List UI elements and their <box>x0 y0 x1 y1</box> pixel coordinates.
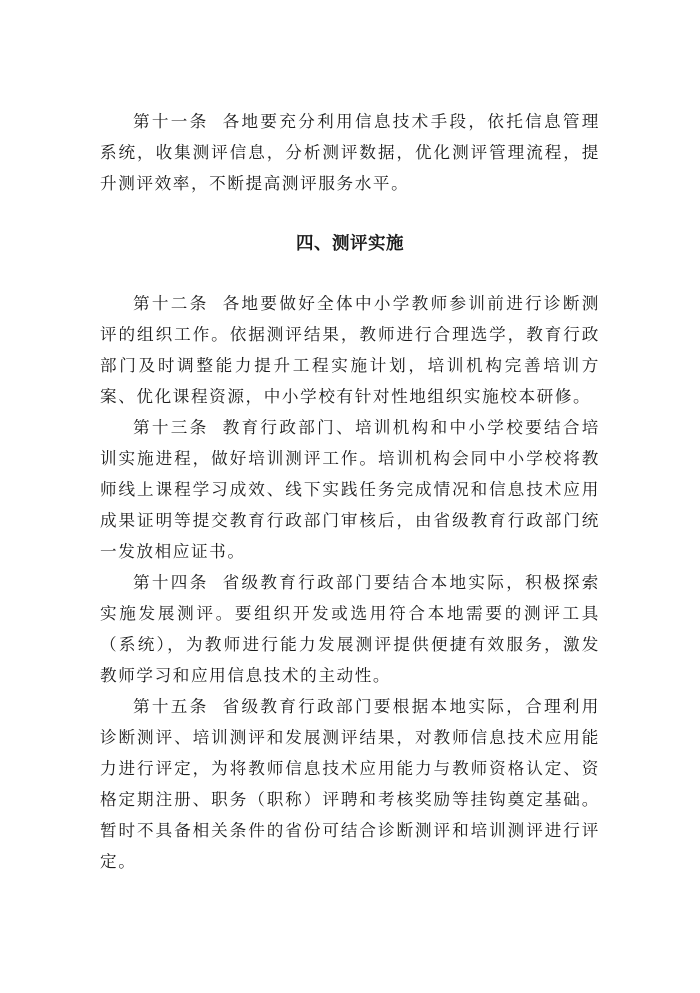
article-12: 第十二条各地要做好全体中小学教师参训前进行诊断测评的组织工作。依据测评结果，教师… <box>100 288 600 412</box>
article-text: 省级教育行政部门要根据本地实际，合理利用诊断测评、培训测评和发展测评结果，对教师… <box>100 697 600 871</box>
article-label: 第十三条 <box>133 418 209 437</box>
section-heading: 四、测评实施 <box>100 230 600 255</box>
article-11: 第十一条各地要充分利用信息技术手段，依托信息管理系统，收集测评信息，分析测评数据… <box>100 106 600 199</box>
article-14: 第十四条省级教育行政部门要结合本地实际，积极探索实施发展测评。要组织开发或选用符… <box>100 567 600 691</box>
article-13: 第十三条教育行政部门、培训机构和中小学校要结合培训实施进程，做好培训测评工作。培… <box>100 412 600 567</box>
article-text: 教育行政部门、培训机构和中小学校要结合培训实施进程，做好培训测评工作。培训机构会… <box>100 418 600 561</box>
article-label: 第十四条 <box>133 573 209 592</box>
article-label: 第十一条 <box>133 112 209 131</box>
article-label: 第十二条 <box>133 294 209 313</box>
article-label: 第十五条 <box>133 697 209 716</box>
articles-list: 第十二条各地要做好全体中小学教师参训前进行诊断测评的组织工作。依据测评结果，教师… <box>100 288 600 877</box>
article-15: 第十五条省级教育行政部门要根据本地实际，合理利用诊断测评、培训测评和发展测评结果… <box>100 691 600 877</box>
